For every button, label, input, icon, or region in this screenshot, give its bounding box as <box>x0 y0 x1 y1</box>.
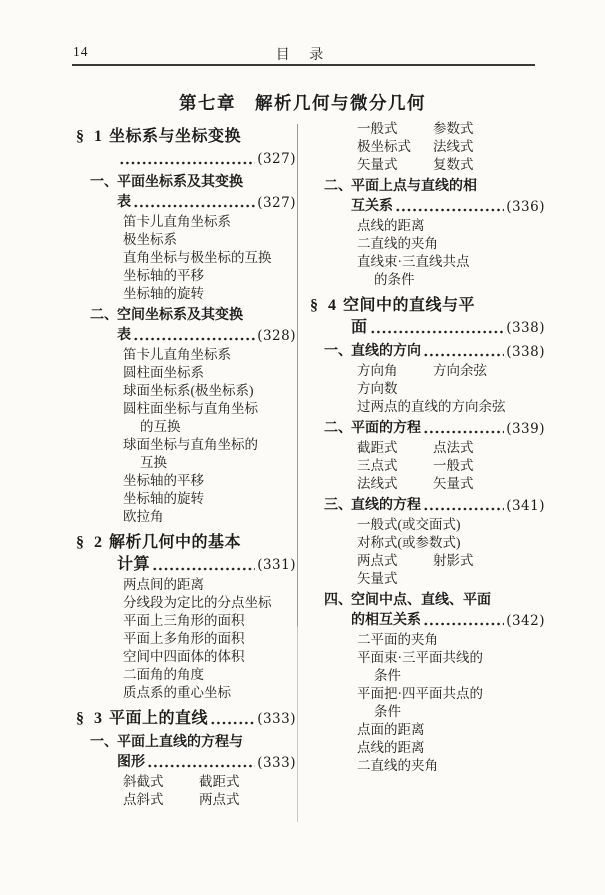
chapter-title: 第七章 解析几何与微分几何 <box>0 90 605 115</box>
toc-entry-text: 直角坐标与极坐标的互换 <box>123 249 272 267</box>
toc-line-right-32: 点线的距离 <box>302 739 545 757</box>
toc-line-left-11: 笛卡儿直角坐标系 <box>68 346 296 364</box>
toc-entry-text: 的条件 <box>374 271 415 289</box>
toc-line-left-33: 斜截式截距式 <box>68 773 296 791</box>
toc-line-right-26: 二平面的夹角 <box>302 631 545 649</box>
toc-entry-text: 一般式(或交面式) <box>357 516 461 534</box>
toc-line-left-3: 表(327) <box>68 193 296 213</box>
toc-entry-text: 互换 <box>140 454 167 472</box>
toc-line-left-21: § 2解析几何中的基本 <box>68 532 296 554</box>
toc-line-right-3: 二、平面上点与直线的相 <box>302 177 545 197</box>
toc-entry-text: 平面把·四平面共点的 <box>357 685 483 703</box>
toc-line-left-28: 二面角的角度 <box>68 666 296 684</box>
toc-entry-text: 平面上的直线 <box>109 708 208 730</box>
toc-entry-text: 点面的距离 <box>357 721 425 739</box>
toc-entry-text: 矢量式 <box>357 156 433 174</box>
toc-line-left-10: 表(328) <box>68 326 296 346</box>
toc-line-right-22: 两点式射影式 <box>302 552 545 570</box>
toc-line-left-9: 二、空间坐标系及其变换 <box>68 306 296 326</box>
toc-column-right: 一般式参数式极坐标式法线式矢量式复数式二、平面上点与直线的相互关系(336)点线… <box>299 120 545 830</box>
toc-line-right-24: 四、空间中点、直线、平面 <box>302 591 545 611</box>
toc-entry-number: § 3 <box>68 708 109 730</box>
toc-entry-number: § 1 <box>68 126 109 148</box>
toc-entry-text: 方向数 <box>357 380 398 398</box>
toc-column-left: § 1坐标系与坐标变换(327)一、平面坐标系及其变换表(327)笛卡儿直角坐标… <box>68 120 296 830</box>
toc-entry-text: 平面上点与直线的相 <box>351 177 477 197</box>
toc-entry-text: 面 <box>351 317 368 339</box>
toc-entry-number: 一、 <box>90 733 117 753</box>
toc-line-right-17: 三点式一般式 <box>302 457 545 475</box>
toc-page-ref: (333) <box>257 708 296 730</box>
toc-entry-text: 计算 <box>117 554 150 576</box>
toc-entry-number: 一、 <box>90 173 117 193</box>
toc-entry-number: 一、 <box>324 342 351 362</box>
toc-entry-text: 空间坐标系及其变换 <box>117 306 243 326</box>
toc-line-right-2: 矢量式复数式 <box>302 156 545 174</box>
toc-entry-text: 法线式 <box>357 475 433 493</box>
toc-entry-text: 平面的方程 <box>351 419 421 439</box>
toc-line-right-14: 过两点的直线的方向余弦 <box>302 398 545 416</box>
toc-entry-text: 直线束·三直线共点 <box>357 253 470 271</box>
toc-page-ref: (338) <box>506 317 545 339</box>
toc-entry-text: 图形 <box>117 753 145 773</box>
toc-line-left-8: 坐标轴的旋转 <box>68 285 296 303</box>
toc-page: 14 目 录 第七章 解析几何与微分几何 § 1坐标系与坐标变换(327)一、平… <box>0 0 605 895</box>
toc-entry-text: 斜截式 <box>123 773 199 791</box>
toc-entry-text: 平面上多角形的面积 <box>123 630 245 648</box>
toc-line-left-18: 坐标轴的平移 <box>68 472 296 490</box>
toc-entry-text: 空间中的直线与平 <box>343 295 475 317</box>
toc-entry-text-2: 点法式 <box>433 439 474 457</box>
toc-line-right-0: 一般式参数式 <box>302 120 545 138</box>
toc-line-right-28: 条件 <box>302 667 545 685</box>
toc-entry-text: 直线的方程 <box>351 496 421 516</box>
toc-page-ref: (331) <box>257 554 296 576</box>
toc-line-right-15: 二、平面的方程(339) <box>302 419 545 439</box>
toc-entry-text: 表 <box>117 326 131 346</box>
toc-entry-number: 四、 <box>324 591 351 611</box>
toc-line-right-11: 一、直线的方向(338) <box>302 342 545 362</box>
toc-entry-text: 极坐标式 <box>357 138 433 156</box>
toc-entry-text: 平面上三角形的面积 <box>123 612 245 630</box>
toc-page-ref: (327) <box>257 148 296 170</box>
toc-entry-text: 二面角的角度 <box>123 666 204 684</box>
dot-leader <box>370 329 505 335</box>
toc-entry-text: 二直线的夹角 <box>357 235 438 253</box>
toc-line-left-2: 一、平面坐标系及其变换 <box>68 173 296 193</box>
toc-entry-text-2: 参数式 <box>433 120 474 138</box>
toc-page-ref: (336) <box>506 197 545 217</box>
toc-entry-text: 平面上直线的方程与 <box>117 733 243 753</box>
toc-line-right-31: 点面的距离 <box>302 721 545 739</box>
toc-entry-text: 球面坐标系(极坐标系) <box>123 382 254 400</box>
toc-entry-text: 方向角 <box>357 362 433 380</box>
toc-entry-text: 对称式(或参数式) <box>357 534 461 552</box>
toc-line-left-7: 坐标轴的平移 <box>68 267 296 285</box>
toc-entry-text: 三点式 <box>357 457 433 475</box>
toc-line-right-18: 法线式矢量式 <box>302 475 545 493</box>
toc-entry-text: 两点间的距离 <box>123 576 204 594</box>
toc-entry-text-2: 射影式 <box>433 552 474 570</box>
toc-entry-text: 笛卡儿直角坐标系 <box>123 213 231 231</box>
toc-entry-number: 三、 <box>324 496 351 516</box>
toc-entry-text: 坐标轴的平移 <box>123 267 204 285</box>
toc-entry-text: 矢量式 <box>357 570 398 588</box>
page-header: 14 目 录 <box>72 42 535 62</box>
toc-line-right-13: 方向数 <box>302 380 545 398</box>
toc-entry-text: 表 <box>117 193 131 213</box>
toc-line-left-27: 空间中四面体的体积 <box>68 648 296 666</box>
toc-entry-text: 质点系的重心坐标 <box>123 684 231 702</box>
toc-line-right-16: 截距式点法式 <box>302 439 545 457</box>
toc-entry-text: 的相互关系 <box>351 611 421 631</box>
dot-leader <box>395 207 504 213</box>
toc-line-right-33: 二直线的夹角 <box>302 757 545 775</box>
toc-line-right-1: 极坐标式法线式 <box>302 138 545 156</box>
toc-entry-text: 二直线的夹角 <box>357 757 438 775</box>
toc-entry-text: 极坐标系 <box>123 231 177 249</box>
toc-line-right-29: 平面把·四平面共点的 <box>302 685 545 703</box>
toc-entry-text: 点斜式 <box>123 791 199 809</box>
toc-entry-text: 点线的距离 <box>357 217 425 235</box>
dot-leader <box>147 763 255 769</box>
dot-leader <box>119 160 255 166</box>
toc-entry-text: 条件 <box>374 703 401 721</box>
dot-leader <box>152 566 255 572</box>
toc-page-ref: (328) <box>257 326 296 346</box>
toc-line-left-25: 平面上三角形的面积 <box>68 612 296 630</box>
toc-entry-text-2: 截距式 <box>199 773 240 791</box>
toc-line-right-27: 平面束·三平面共线的 <box>302 649 545 667</box>
dot-leader <box>423 506 504 512</box>
toc-line-left-32: 图形(333) <box>68 753 296 773</box>
toc-entry-text: 坐标轴的平移 <box>123 472 204 490</box>
toc-line-left-4: 笛卡儿直角坐标系 <box>68 213 296 231</box>
toc-page-ref: (338) <box>506 342 545 362</box>
toc-entry-text: 截距式 <box>357 439 433 457</box>
toc-page-ref: (327) <box>257 193 296 213</box>
toc-line-left-20: 欧拉角 <box>68 508 296 526</box>
dot-leader <box>210 720 255 726</box>
toc-entry-text-2: 两点式 <box>199 791 240 809</box>
toc-line-right-19: 三、直线的方程(341) <box>302 496 545 516</box>
toc-line-right-23: 矢量式 <box>302 570 545 588</box>
toc-page-ref: (342) <box>506 611 545 631</box>
header-rule <box>72 64 535 66</box>
toc-line-left-29: 质点系的重心坐标 <box>68 684 296 702</box>
toc-entry-text: 笛卡儿直角坐标系 <box>123 346 231 364</box>
toc-page-ref: (341) <box>506 496 545 516</box>
dot-leader <box>423 429 504 435</box>
toc-line-left-5: 极坐标系 <box>68 231 296 249</box>
toc-line-left-19: 坐标轴的旋转 <box>68 490 296 508</box>
toc-line-right-30: 条件 <box>302 703 545 721</box>
toc-entry-number: 二、 <box>90 306 117 326</box>
toc-line-left-13: 球面坐标系(极坐标系) <box>68 382 296 400</box>
toc-entry-text: 的互换 <box>140 418 181 436</box>
toc-entry-number: 二、 <box>324 419 351 439</box>
toc-line-left-1: (327) <box>68 148 296 170</box>
toc-line-right-20: 一般式(或交面式) <box>302 516 545 534</box>
toc-line-left-15: 的互换 <box>68 418 296 436</box>
toc-entry-text-2: 矢量式 <box>433 475 474 493</box>
toc-entry-text: 圆柱面坐标系 <box>123 364 204 382</box>
toc-line-left-16: 球面坐标与直角坐标的 <box>68 436 296 454</box>
toc-line-right-8: 的条件 <box>302 271 545 289</box>
toc-line-left-26: 平面上多角形的面积 <box>68 630 296 648</box>
toc-line-left-12: 圆柱面坐标系 <box>68 364 296 382</box>
toc-line-left-30: § 3平面上的直线(333) <box>68 708 296 730</box>
toc-line-right-9: § 4空间中的直线与平 <box>302 295 545 317</box>
toc-entry-text: 空间中点、直线、平面 <box>351 591 491 611</box>
toc-line-left-31: 一、平面上直线的方程与 <box>68 733 296 753</box>
toc-line-left-24: 分线段为定比的分点坐标 <box>68 594 296 612</box>
toc-entry-text: 平面束·三平面共线的 <box>357 649 483 667</box>
toc-columns: § 1坐标系与坐标变换(327)一、平面坐标系及其变换表(327)笛卡儿直角坐标… <box>68 120 545 830</box>
toc-line-left-34: 点斜式两点式 <box>68 791 296 809</box>
toc-entry-text: 直线的方向 <box>351 342 421 362</box>
toc-entry-text: 球面坐标与直角坐标的 <box>123 436 258 454</box>
toc-entry-text: 解析几何中的基本 <box>109 532 241 554</box>
toc-entry-text: 坐标轴的旋转 <box>123 285 204 303</box>
toc-page-ref: (339) <box>506 419 545 439</box>
toc-line-right-6: 二直线的夹角 <box>302 235 545 253</box>
toc-line-left-0: § 1坐标系与坐标变换 <box>68 126 296 148</box>
toc-line-left-22: 计算(331) <box>68 554 296 576</box>
toc-entry-text: 空间中四面体的体积 <box>123 648 245 666</box>
toc-entry-text: 圆柱面坐标与直角坐标 <box>123 400 258 418</box>
dot-leader <box>133 336 255 342</box>
toc-entry-text: 二平面的夹角 <box>357 631 438 649</box>
toc-line-right-4: 互关系(336) <box>302 197 545 217</box>
toc-entry-text-2: 方向余弦 <box>433 362 487 380</box>
toc-entry-number: § 4 <box>302 295 343 317</box>
toc-entry-number: § 2 <box>68 532 109 554</box>
toc-entry-text: 欧拉角 <box>123 508 164 526</box>
toc-line-right-12: 方向角方向余弦 <box>302 362 545 380</box>
toc-entry-text: 分线段为定比的分点坐标 <box>123 594 272 612</box>
toc-page-ref: (333) <box>257 753 296 773</box>
toc-line-right-21: 对称式(或参数式) <box>302 534 545 552</box>
toc-entry-text: 两点式 <box>357 552 433 570</box>
toc-line-right-25: 的相互关系(342) <box>302 611 545 631</box>
toc-line-right-5: 点线的距离 <box>302 217 545 235</box>
toc-entry-text: 坐标轴的旋转 <box>123 490 204 508</box>
column-divider <box>297 124 298 822</box>
toc-line-left-23: 两点间的距离 <box>68 576 296 594</box>
toc-entry-text: 坐标系与坐标变换 <box>109 126 241 148</box>
toc-line-right-10: 面(338) <box>302 317 545 339</box>
toc-line-right-7: 直线束·三直线共点 <box>302 253 545 271</box>
toc-entry-number: 二、 <box>324 177 351 197</box>
toc-entry-text: 平面坐标系及其变换 <box>117 173 243 193</box>
toc-entry-text: 过两点的直线的方向余弦 <box>357 398 506 416</box>
header-title: 目 录 <box>72 44 535 64</box>
toc-entry-text-2: 法线式 <box>433 138 474 156</box>
toc-entry-text-2: 一般式 <box>433 457 474 475</box>
toc-entry-text: 条件 <box>374 667 401 685</box>
toc-line-left-14: 圆柱面坐标与直角坐标 <box>68 400 296 418</box>
toc-entry-text-2: 复数式 <box>433 156 474 174</box>
dot-leader <box>423 621 504 627</box>
toc-entry-text: 一般式 <box>357 120 433 138</box>
dot-leader <box>423 352 504 358</box>
dot-leader <box>133 203 255 209</box>
toc-entry-text: 互关系 <box>351 197 393 217</box>
toc-line-left-6: 直角坐标与极坐标的互换 <box>68 249 296 267</box>
toc-entry-text: 点线的距离 <box>357 739 425 757</box>
toc-line-left-17: 互换 <box>68 454 296 472</box>
